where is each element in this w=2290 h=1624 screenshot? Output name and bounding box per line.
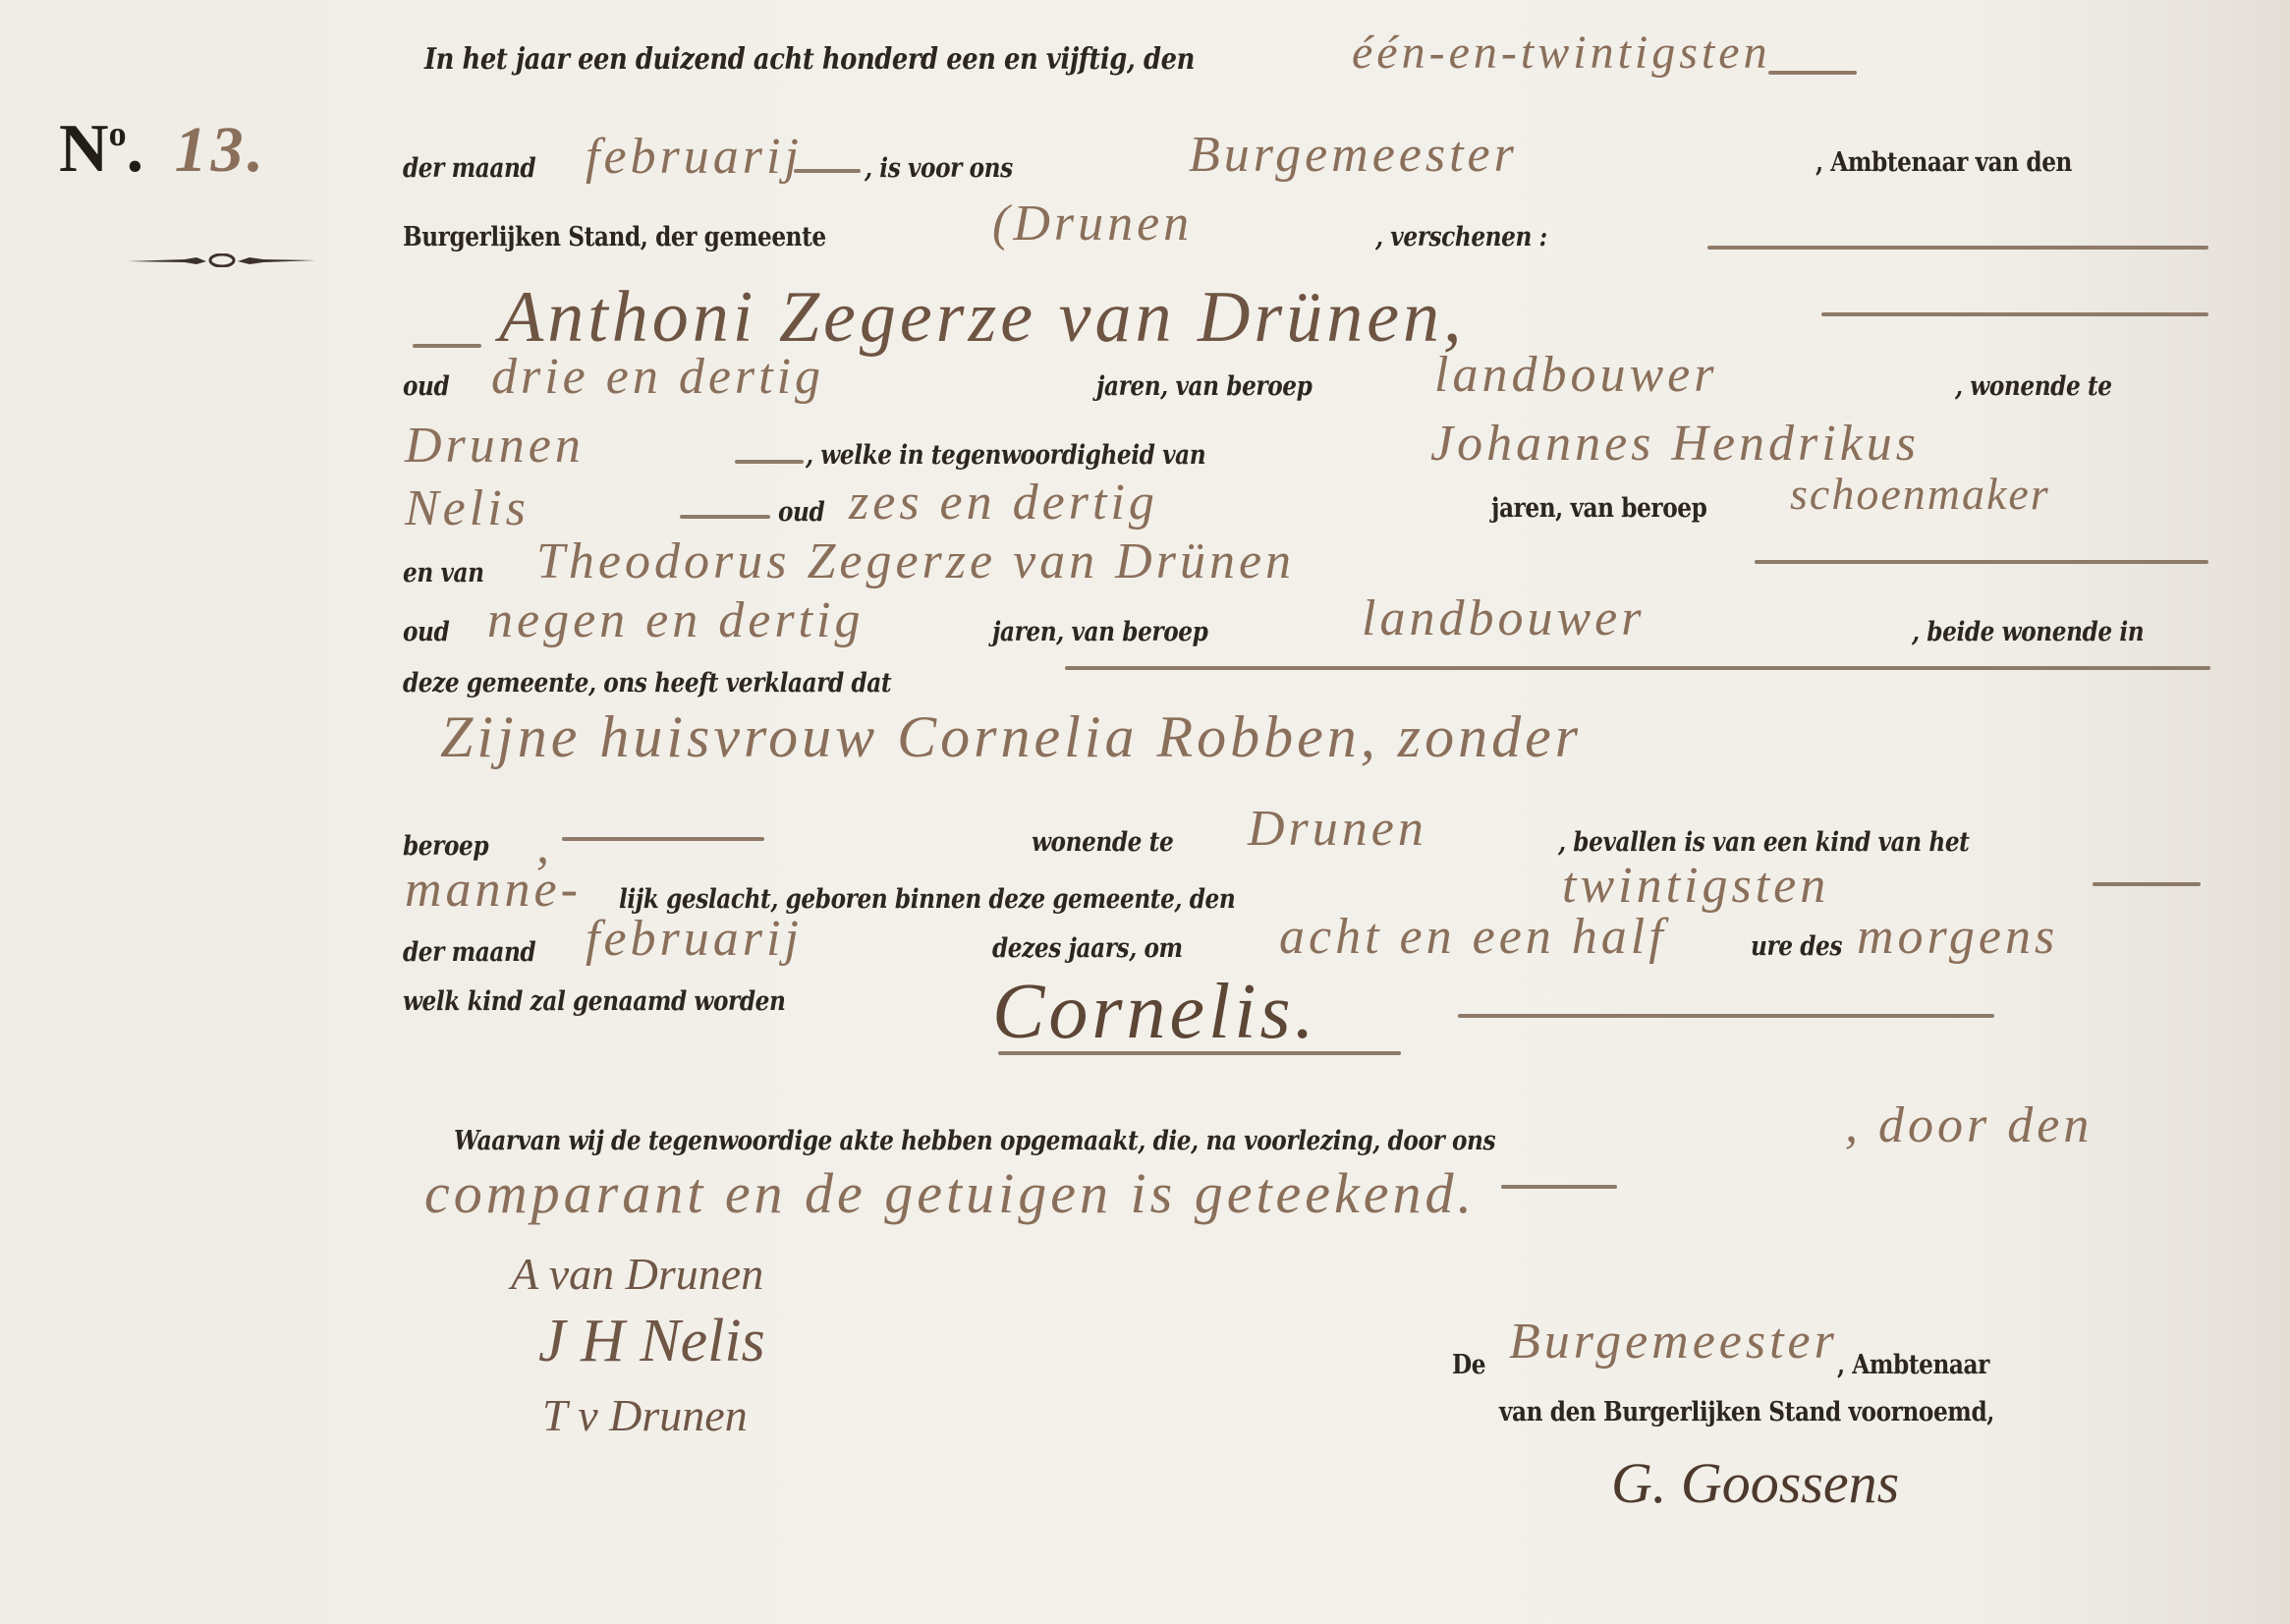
fill-rule xyxy=(1755,560,2208,564)
line-14: der maand xyxy=(403,939,557,966)
handwritten-child-name: Cornelis. xyxy=(992,973,1318,1051)
line-5-hand-a: drie en dertig xyxy=(491,352,824,403)
printed-text: In het jaar een duizend acht honderd een… xyxy=(424,45,1195,75)
printed-text: dezes jaars, om xyxy=(992,935,1183,962)
handwritten-signing-clause: , door den xyxy=(1845,1100,2093,1151)
printed-text: der maand xyxy=(403,155,535,182)
handwritten-birth-month: februarij xyxy=(586,914,803,965)
line-3-printed-b: , verschenen : xyxy=(1375,224,1575,251)
handwritten-witness-1-surname: Nelis xyxy=(405,483,530,534)
line-12-printed-c: , bevallen is van een kind van het xyxy=(1558,829,2037,856)
line-14-hand-b: acht en een half xyxy=(1279,912,1667,963)
number-suffix: o xyxy=(109,114,127,153)
handwritten-mother: Zijne huisvrouw Cornelia Robben, zonder xyxy=(440,707,1582,766)
fill-rule xyxy=(1065,666,2210,670)
line-9: oud xyxy=(403,619,457,645)
line-7-hand-a: Nelis xyxy=(405,483,530,534)
closing-line-1: De xyxy=(1452,1352,1491,1378)
line-9-hand-a: negen en dertig xyxy=(487,595,864,646)
fill-rule xyxy=(2093,882,2201,886)
fill-rule xyxy=(794,169,861,173)
handwritten-witness-2: Theodorus Zegerze van Drünen xyxy=(536,536,1295,588)
line-16-hand: , door den xyxy=(1845,1100,2093,1151)
line-11: Zijne huisvrouw Cornelia Robben, zonder xyxy=(440,707,1582,766)
ornament-divider-icon xyxy=(126,253,318,267)
printed-text: jaren, van beroep xyxy=(1491,495,1706,522)
printed-text: jaren, van beroep xyxy=(992,619,1207,645)
fill-rule xyxy=(1768,71,1857,75)
fill-rule xyxy=(562,837,764,841)
handwritten-municipality: (Drunen xyxy=(992,198,1193,250)
printed-text: , beide wonende in xyxy=(1912,619,2144,645)
fill-rule xyxy=(1707,246,2208,250)
handwritten-time-of-day: morgens xyxy=(1857,912,2058,963)
fill-rule xyxy=(413,344,481,348)
line-14-hand-a: februarij xyxy=(586,914,803,965)
handwritten-mother-residence: Drunen xyxy=(1248,804,1427,855)
line-13-hand-b: twintigsten xyxy=(1562,861,1829,912)
printed-text: , wonende te xyxy=(1955,373,2112,400)
line-6-hand-b: Johannes Hendrikus xyxy=(1430,419,1920,470)
handwritten-occupation: landbouwer xyxy=(1434,350,1717,401)
fill-rule xyxy=(1458,1014,1994,1018)
handwritten-day: één-en-twintigsten xyxy=(1352,29,1771,77)
line-12-hand-b: Drunen xyxy=(1248,804,1427,855)
printed-text: , Ambtenaar van den xyxy=(1815,149,2072,176)
line-9-printed-b: jaren, van beroep xyxy=(992,619,1243,645)
line-9-printed-c: , beide wonende in xyxy=(1912,619,2182,645)
closing-hand-title: Burgemeester xyxy=(1509,1316,1838,1368)
line-7-hand-b: zes en dertig xyxy=(849,477,1158,529)
number-label: N xyxy=(59,111,109,187)
printed-text: en van xyxy=(403,560,484,587)
line-2: der maand xyxy=(403,155,557,182)
printed-text: welk kind zal genaamd worden xyxy=(403,988,785,1015)
printed-text: , verschenen : xyxy=(1375,224,1547,251)
handwritten-witness-1: Johannes Hendrikus xyxy=(1430,419,1920,470)
printed-text: De xyxy=(1452,1352,1485,1378)
line-12: beroep xyxy=(403,833,502,860)
line-3-hand: (Drunen xyxy=(992,198,1193,250)
fill-rule xyxy=(1821,312,2208,316)
handwritten-residence: Drunen xyxy=(405,420,585,472)
printed-text: wonende te xyxy=(1032,829,1173,856)
printed-text: Burgerlijken Stand, der gemeente xyxy=(403,224,826,251)
line-1-hand: één-en-twintigsten xyxy=(1352,29,1771,77)
printed-text: lijk geslacht, geboren binnen deze gemee… xyxy=(619,886,1235,913)
printed-text: beroep xyxy=(403,833,488,860)
handwritten-birth-day: twintigsten xyxy=(1562,861,1829,912)
signature-witness-2: J H Nelis xyxy=(538,1307,765,1376)
line-13-hand-a: manne- xyxy=(405,865,582,916)
handwritten-official: Burgemeester xyxy=(1189,130,1518,181)
line-2-printed-b: , is voor ons xyxy=(865,155,1036,182)
line-8: en van xyxy=(403,560,497,587)
line-9-hand-b: landbouwer xyxy=(1362,593,1645,644)
line-14-printed-c: ure des xyxy=(1751,933,1857,960)
printed-text: ure des xyxy=(1751,933,1842,960)
line-16: Waarvan wij de tegenwoordige akte hebben… xyxy=(454,1128,1665,1154)
handwritten-birth-hour: acht en een half xyxy=(1279,912,1667,963)
printed-text: Waarvan wij de tegenwoordige akte hebben… xyxy=(454,1128,1495,1154)
line-14-printed-b: dezes jaars, om xyxy=(992,935,1213,962)
handwritten-signing-clause-end: comparant en de getuigen is geteekend. xyxy=(424,1165,1476,1222)
line-17: comparant en de getuigen is geteekend. xyxy=(424,1165,1476,1222)
line-6-printed: , welke in tegenwoordigheid van xyxy=(806,442,1271,469)
name-underline xyxy=(998,1051,1401,1055)
fill-rule xyxy=(735,460,804,464)
printed-text: oud xyxy=(403,619,449,645)
handwritten-witness-1-occupation: schoenmaker xyxy=(1790,472,2050,517)
line-2-hand-b: Burgemeester xyxy=(1189,130,1518,181)
line-5-printed-c: , wonende te xyxy=(1955,373,2138,400)
line-10: deze gemeente, ons heeft verklaard dat xyxy=(403,670,971,697)
line-15-hand: Cornelis. xyxy=(992,973,1318,1051)
handwritten-month: februarij xyxy=(586,132,803,183)
handwritten-witness-2-occupation: landbouwer xyxy=(1362,593,1645,644)
line-2-hand-a: februarij xyxy=(586,132,803,183)
line-6-hand-a: Drunen xyxy=(405,420,585,472)
handwritten-sex: manne- xyxy=(405,865,582,916)
line-5-hand-b: landbouwer xyxy=(1434,350,1717,401)
number-dot: . xyxy=(127,111,144,187)
closing-line-2: van den Burgerlijken Stand voornoemd, xyxy=(1499,1399,2075,1426)
line-7-hand-c: schoenmaker xyxy=(1790,472,2050,517)
line-12-printed-b: wonende te xyxy=(1032,829,1197,856)
printed-text: van den Burgerlijken Stand voornoemd, xyxy=(1499,1399,1994,1426)
signature-witness-3: T v Drunen xyxy=(542,1389,748,1441)
line-15: welk kind zal genaamd worden xyxy=(403,988,848,1015)
line-7-printed-a: oud xyxy=(778,499,832,526)
line-2-printed-c: , Ambtenaar van den xyxy=(1815,149,2114,176)
line-7-printed-b: jaren, van beroep xyxy=(1491,495,1742,522)
printed-text: , welke in tegenwoordigheid van xyxy=(806,442,1205,469)
line-1: In het jaar een duizend acht honderd een… xyxy=(424,45,1320,75)
handwritten-witness-2-age: negen en dertig xyxy=(487,595,864,646)
certificate-number: No. 13. xyxy=(59,110,267,189)
printed-text: oud xyxy=(403,373,449,400)
printed-text: , Ambtenaar xyxy=(1837,1352,1989,1378)
line-5: oud xyxy=(403,373,457,400)
certificate-page: No. 13. In het jaar een duizend acht hon… xyxy=(0,0,2290,1624)
fill-rule xyxy=(1501,1185,1617,1189)
signature-witness-1: A van Drunen xyxy=(511,1248,763,1300)
printed-text: deze gemeente, ons heeft verklaard dat xyxy=(403,670,891,697)
handwritten-age: drie en dertig xyxy=(491,352,824,403)
handwritten-witness-1-age: zes en dertig xyxy=(849,477,1158,529)
printed-text: der maand xyxy=(403,939,535,966)
line-3: Burgerlijken Stand, der gemeente xyxy=(403,224,895,251)
number-value: 13. xyxy=(175,113,268,188)
printed-text: , is voor ons xyxy=(865,155,1013,182)
signature-official: G. Goossens xyxy=(1611,1450,1899,1516)
printed-text: jaren, van beroep xyxy=(1096,373,1312,400)
fill-rule xyxy=(680,515,770,519)
handwritten-official-title: Burgemeester xyxy=(1509,1316,1838,1368)
printed-text: oud xyxy=(778,499,824,526)
line-14-hand-c: morgens xyxy=(1857,912,2058,963)
printed-text: , bevallen is van een kind van het xyxy=(1558,829,1969,856)
line-5-printed-b: jaren, van beroep xyxy=(1096,373,1347,400)
line-4: Anthoni Zegerze van Drünen, xyxy=(499,281,1466,354)
handwritten-declarant: Anthoni Zegerze van Drünen, xyxy=(499,281,1466,354)
closing-line-1-b: , Ambtenaar xyxy=(1837,1352,2014,1378)
line-13-printed: lijk geslacht, geboren binnen deze gemee… xyxy=(619,886,1335,913)
line-8-hand: Theodorus Zegerze van Drünen xyxy=(536,536,1295,588)
